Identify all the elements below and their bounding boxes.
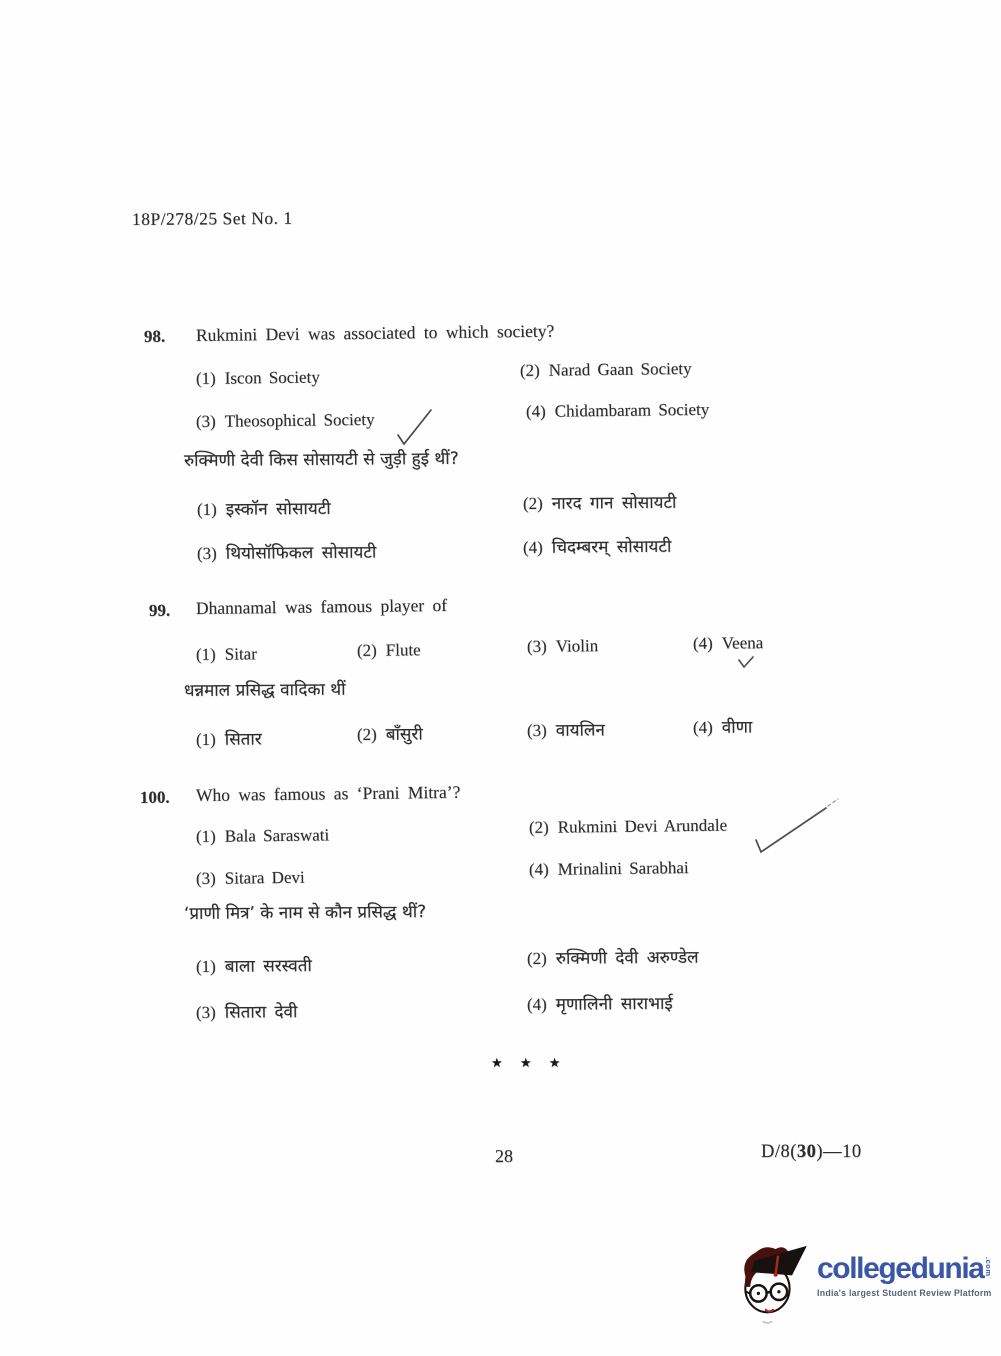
question-98-number: 98. [144, 327, 165, 347]
option-label: थियोसॉफिकल सोसायटी [226, 543, 377, 564]
q98-option-3-en: (3)Theosophical Society [196, 410, 375, 432]
option-label: Sitar [225, 644, 257, 663]
q98-option-4-hi: (4)चिदम्बरम् सोसायटी [523, 534, 672, 558]
footer-code-pre: D/8( [761, 1142, 797, 1162]
option-number: (4) [529, 860, 549, 879]
option-label: Rukmini Devi Arundale [558, 816, 728, 837]
question-99-text-en: Dhannamal was famous player of [196, 595, 447, 619]
q100-option-4-hi: (4)मृणालिनी साराभाई [527, 991, 673, 1015]
q99-option-4-en: (4)Veena [693, 633, 764, 654]
question-100-text-hi: ‘प्राणी मित्र’ के नाम से कौन प्रसिद्ध थी… [184, 899, 426, 924]
option-label: रुक्मिणी देवी अरुण्डेल [556, 948, 699, 969]
footer-code-bold: 30 [797, 1142, 817, 1162]
question-98-text-en: Rukmini Devi was associated to which soc… [196, 321, 555, 346]
option-label: सितारा देवी [225, 1002, 298, 1023]
q98-option-2-en: (2)Narad Gaan Society [520, 359, 692, 381]
q99-option-1-hi: (1)सितार [196, 726, 262, 750]
option-number: (4) [526, 402, 546, 421]
brand-tagline: India's largest Student Review Platform [817, 1288, 992, 1298]
brand-domain: .com [985, 1257, 993, 1277]
option-label: Violin [556, 636, 599, 656]
q99-option-2-hi: (2)बाँसुरी [357, 721, 423, 745]
option-label: बाँसुरी [386, 724, 423, 744]
option-number: (1) [196, 730, 216, 749]
section-end-stars: ★ ★ ★ [491, 1055, 567, 1071]
q100-option-3-hi: (3)सितारा देवी [196, 999, 298, 1023]
option-number: (2) [523, 494, 543, 513]
option-label: वीणा [722, 718, 753, 738]
question-100-text-en: Who was famous as ‘Prani Mitra’? [196, 782, 461, 806]
q99-option-1-en: (1)Sitar [196, 644, 257, 665]
footer-print-code: D/8(30)—10 [761, 1142, 862, 1163]
collegedunia-mascot-icon [733, 1240, 815, 1328]
option-label: Veena [722, 633, 764, 653]
q98-option-3-hi: (3)थियोसॉफिकल सोसायटी [197, 540, 377, 564]
q100-option-1-hi: (1)बाला सरस्वती [196, 953, 312, 977]
option-number: (3) [197, 544, 217, 563]
option-number: (3) [196, 412, 216, 431]
question-100-number: 100. [140, 788, 170, 808]
q99-option-3-hi: (3)वायलिन [527, 717, 605, 741]
option-number: (2) [357, 641, 377, 660]
q98-option-2-hi: (2)नारद गान सोसायटी [523, 490, 677, 514]
option-label: बाला सरस्वती [225, 956, 312, 977]
q100-option-2-en: (2)Rukmini Devi Arundale [529, 816, 727, 838]
option-number: (4) [693, 634, 713, 653]
paper-code-header: 18P/278/25 Set No. 1 [132, 208, 293, 230]
option-number: (1) [196, 645, 216, 664]
option-number: (3) [196, 869, 216, 888]
q98-option-4-en: (4)Chidambaram Society [526, 400, 710, 422]
option-label: Sitara Devi [225, 868, 305, 888]
option-label: चिदम्बरम् सोसायटी [552, 537, 672, 558]
option-number: (3) [196, 1003, 216, 1022]
answer-checkmark-icon [737, 655, 755, 669]
option-number: (3) [527, 637, 547, 656]
q100-option-1-en: (1)Bala Saraswati [196, 825, 330, 847]
scanned-exam-page: 18P/278/25 Set No. 1 98. Rukmini Devi wa… [0, 0, 1001, 1356]
option-label: Narad Gaan Society [549, 359, 692, 380]
question-99-number: 99. [149, 601, 170, 621]
q100-option-4-en: (4)Mrinalini Sarabhai [529, 858, 689, 880]
option-label: Iscon Society [225, 367, 320, 387]
option-label: वायलिन [556, 720, 605, 740]
option-number: (3) [527, 721, 547, 740]
collegedunia-logo: collegedunia .com India's largest Studen… [733, 1238, 1001, 1333]
option-label: Bala Saraswati [225, 825, 330, 845]
option-number: (1) [196, 369, 216, 388]
question-99-text-hi: धन्नमाल प्रसिद्ध वादिका थीं [184, 677, 346, 701]
option-number: (1) [197, 500, 217, 519]
q99-option-2-en: (2)Flute [357, 640, 421, 661]
option-label: Mrinalini Sarabhai [558, 858, 689, 879]
q99-option-3-en: (3)Violin [527, 636, 599, 657]
option-number: (4) [693, 718, 713, 737]
answer-checkmark-icon [391, 407, 435, 447]
q100-option-3-en: (3)Sitara Devi [196, 868, 305, 889]
option-label: Theosophical Society [225, 410, 375, 431]
option-label: Chidambaram Society [555, 400, 710, 421]
option-number: (4) [527, 995, 547, 1014]
option-number: (2) [357, 725, 377, 744]
footer-code-post: )—10 [816, 1142, 861, 1162]
brand-name: collegedunia [817, 1254, 984, 1284]
option-number: (2) [520, 361, 540, 380]
option-label: Flute [386, 640, 421, 659]
question-98-text-hi: रुक्मिणी देवी किस सोसायटी से जुड़ी हुई थ… [184, 446, 459, 471]
option-label: नारद गान सोसायटी [552, 493, 677, 514]
q100-option-2-hi: (2)रुक्मिणी देवी अरुण्डेल [527, 945, 699, 969]
answer-checkmark-icon [748, 792, 842, 858]
option-number: (1) [196, 957, 216, 976]
option-number: (4) [523, 538, 543, 557]
option-label: सितार [225, 729, 262, 749]
option-number: (1) [196, 827, 216, 846]
option-number: (2) [529, 818, 549, 837]
q99-option-4-hi: (4)वीणा [693, 715, 753, 738]
option-label: मृणालिनी साराभाई [556, 994, 673, 1015]
option-number: (2) [527, 949, 547, 968]
q98-option-1-hi: (1)इस्कॉन सोसायटी [197, 496, 331, 520]
option-label: इस्कॉन सोसायटी [226, 499, 331, 520]
page-number: 28 [495, 1146, 513, 1167]
q98-option-1-en: (1)Iscon Society [196, 367, 320, 389]
